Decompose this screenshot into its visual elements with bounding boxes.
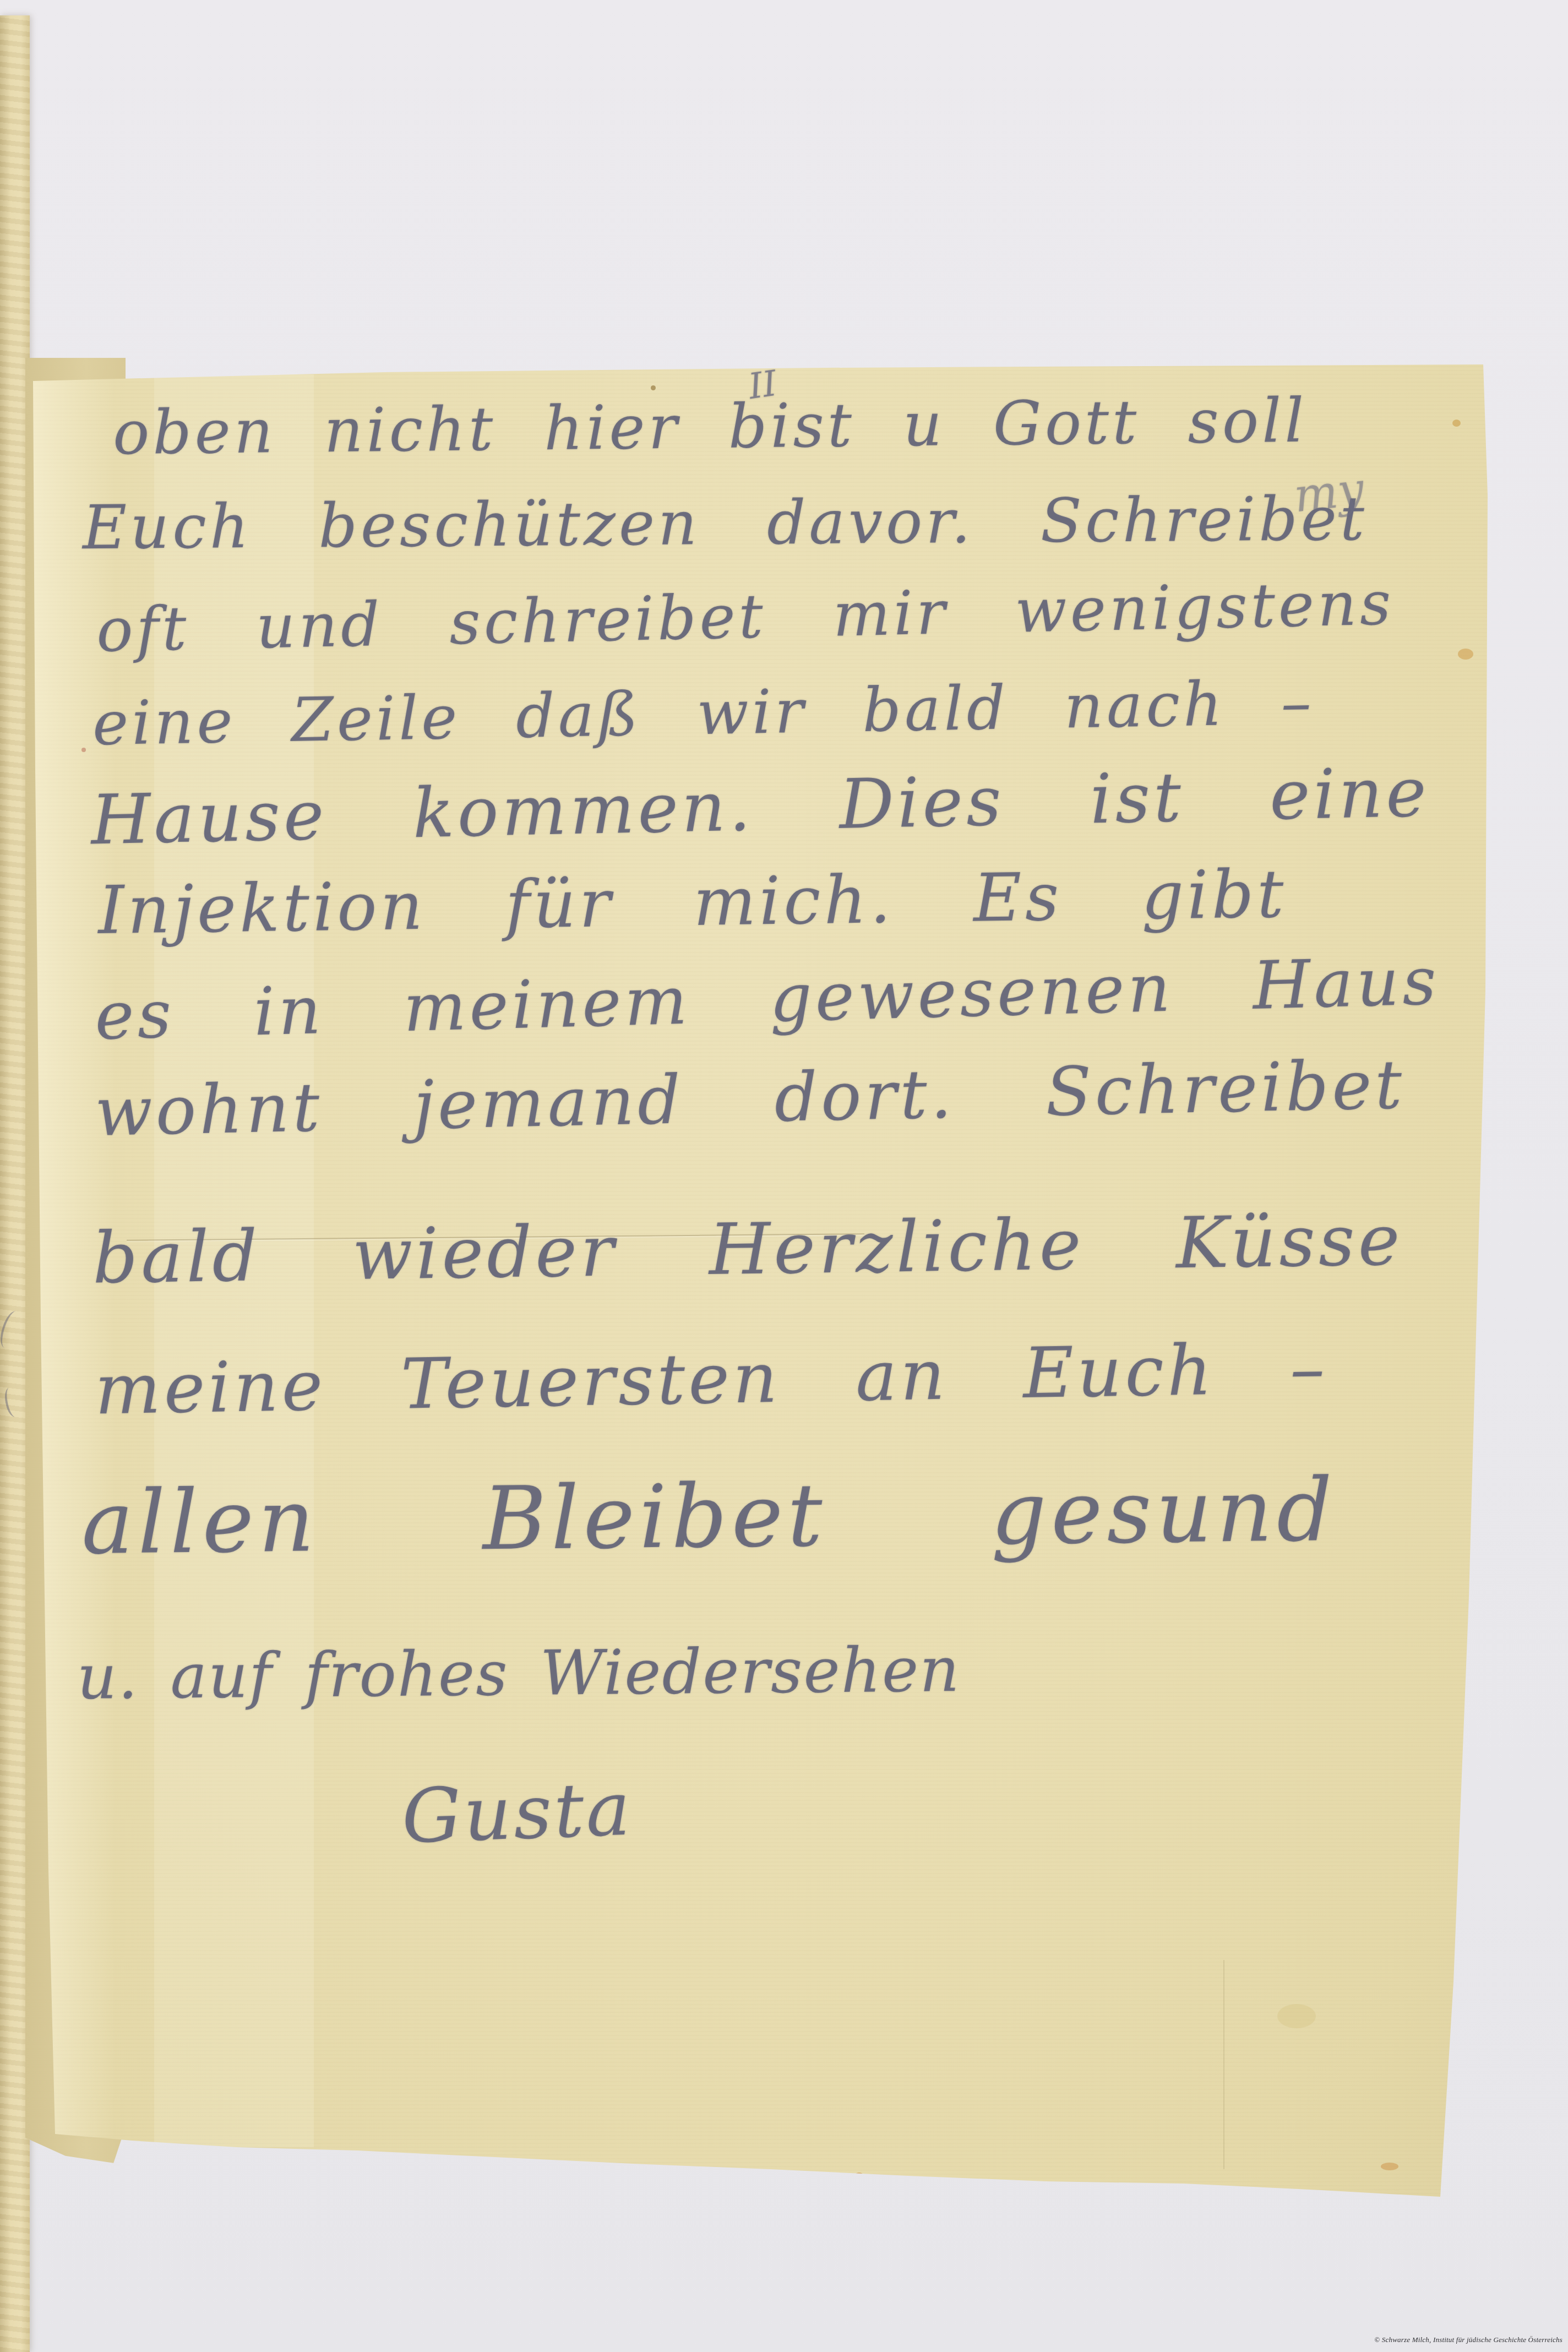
signature: Gusta [401,1772,634,1854]
rust-stain [1458,649,1473,660]
handwriting-line: Euch beschützen davor. Schreibet [83,488,1368,558]
handwriting-line: Injektion für mich. Es gibt [97,862,1287,944]
letter-page: oben nicht hier bist u Gott soll II Euch… [0,0,1568,2352]
rust-stain [1452,420,1461,427]
rust-stain [854,2173,864,2180]
archive-watermark: © Schwarze Milch, Institut für jüdische … [1374,2335,1562,2344]
scanned-letter-image: oben nicht hier bist u Gott soll II Euch… [0,0,1568,2352]
speck-stain [651,385,656,390]
inserted-word: my [1292,466,1366,519]
handwriting-line: oben nicht hier bist u Gott soll [112,390,1307,464]
inserted-page-marker: II [747,366,779,405]
faint-stain [1277,2004,1316,2028]
handwriting-line: u. auf frohes Wiedersehen [77,1639,961,1708]
stacked-pages-left-edge [0,15,30,2352]
speck-stain [81,748,86,752]
handwriting-line: allen Bleibet gesund [81,1467,1337,1567]
rust-stain [1381,2163,1398,2170]
vertical-crease [1223,1960,1224,2169]
handwriting-line: bald wieder Herzliche Küsse [92,1205,1403,1294]
handwriting-line: meine Teuersten an Euch – [94,1333,1329,1424]
